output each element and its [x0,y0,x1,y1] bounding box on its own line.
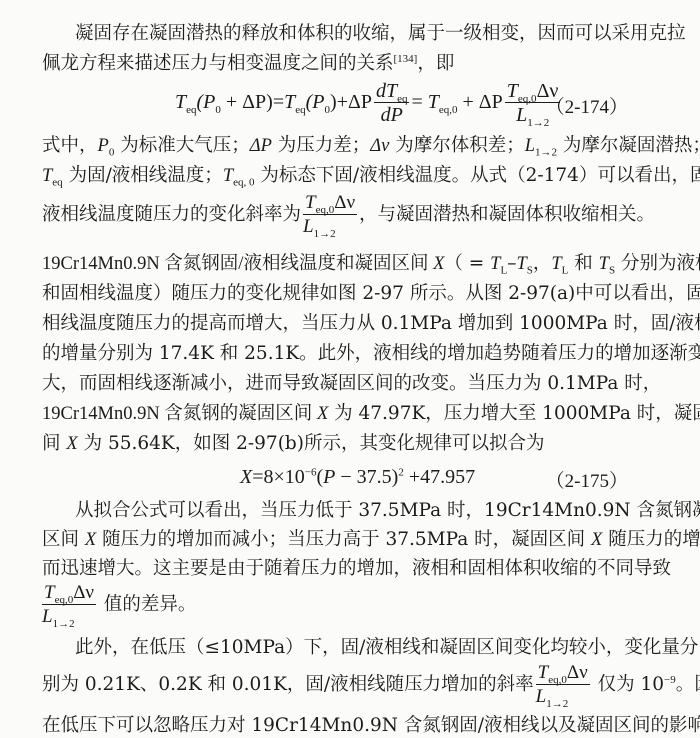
para5-line3: 在低压下可以忽略压力对 19Cr14Mn0.9N 含氮钢固/液相线以及凝固区间的… [42,714,654,738]
den: L [536,686,547,707]
fraction-slope: Teq,0ΔνL1→2 [536,662,590,709]
text: + ΔP) [221,91,273,113]
para3-line1: 19Cr14Mn0.9N 含氮钢固/液相线温度和凝固区间 X（ = TL–TS，… [42,252,654,276]
num: T [507,80,518,102]
num-tail: Δν [73,582,94,603]
sub: 1→2 [53,617,75,629]
den: L [516,104,527,126]
para3-line7: 间 X 为 55.64K，如图 2-97(b)所示，其变化规律可以拟合为 [42,432,654,456]
text: 和 [568,253,598,274]
var: ΔP [250,136,272,156]
den: L [42,606,53,627]
var: X [317,404,328,424]
text: （ = [444,253,490,274]
var: X [240,466,252,488]
text: 为 47.97K，压力增大至 1000MPa 时，凝固区 [328,403,700,424]
text: 仅为 10 [592,674,664,695]
equals: = [273,91,284,113]
var: T [175,91,186,113]
text: 佩龙方程来描述压力与相变温度之间的关系 [42,53,394,74]
para3-line2: 和固相线温度）随压力的变化规律如图 2-97 所示。从图 2-97(a)中可以看… [42,282,654,306]
sub: 1→2 [546,697,568,709]
num: T [305,192,316,213]
text: 随压力的增加而减小；当压力高于 37.5MPa 时，凝固区间 [96,529,591,550]
text: 为摩尔凝固潜热； [557,135,700,156]
text: )+ΔP [330,91,372,113]
equation-2-174: Teq(P0 + ΔP)=Teq(P0)+ΔPdTeqdP= Teq,0 + Δ… [175,80,562,127]
num: T [538,662,549,683]
equation-number-2-174: （2-174） [546,92,628,119]
num: T [44,582,55,603]
text: 19Cr14Mn0.9N 含氮钢的凝固区间 [42,404,317,424]
var: X [85,530,96,550]
num: dT [376,80,397,102]
para2-line3: 液相线温度随压力的变化斜率为Teq,0ΔνL1→2，与凝固潜热和凝固体积收缩相关… [42,190,654,240]
fraction-slope: Teq,0ΔνL1→2 [42,582,96,629]
text: 间 [42,433,66,454]
var: P [323,466,335,488]
equation-number-2-175: （2-175） [546,466,628,493]
para5-line1: 此外，在低压（≤10MPa）下，固/液相线和凝固区间变化均较小，变化量分 [75,636,654,660]
den: L [303,216,314,237]
text: +47.957 [404,466,475,488]
var: Δν [370,136,389,156]
para3-line4: 的增量分别为 17.4K 和 25.1K。此外，液相线的增加趋势随着压力的增加逐… [42,342,654,366]
para4-line4: Teq,0ΔνL1→2 值的差异。 [42,580,654,630]
equals: = [411,91,422,113]
var: L [525,136,535,156]
exponent: −9 [664,674,676,686]
text: + ΔP [458,91,503,113]
var: T [284,91,295,113]
text: 19Cr14Mn0.9N 含氮钢固/液相线温度和凝固区间 [42,254,433,274]
text: − 37.5) [335,466,398,488]
para4-line2: 区间 X 随压力的增加而减小；当压力高于 37.5MPa 时，凝固区间 X 随压… [42,528,654,552]
sub: 1→2 [314,227,336,239]
den: dP [381,104,403,126]
fraction-dT-dP: dTeqdP [374,80,410,127]
text: 为 55.64K，如图 2-97(b)所示，其变化规律可以拟合为 [78,433,545,454]
text: 液相线温度随压力的变化斜率为 [42,204,301,225]
sub: 1→2 [535,147,557,159]
citation-ref: [134] [394,53,418,65]
fraction-slope: Teq,0ΔνL1→2 [303,192,357,239]
document-page: 凝固存在凝固潜热的释放和体积的收缩，属于一级相变，因而可以采用克拉 佩龙方程来描… [0,0,700,738]
para4-line1: 从拟合公式可以看出，当压力低于 37.5MPa 时，19Cr14Mn0.9N 含… [75,499,654,523]
sub: eq,0 [55,593,74,605]
var: T [490,254,500,274]
text: ， [533,253,552,274]
sub: eq,0 [316,203,335,215]
text: 。因此， [676,674,700,695]
para3-line6: 19Cr14Mn0.9N 含氮钢的凝固区间 X 为 47.97K，压力增大至 1… [42,402,654,426]
text: 为摩尔体积差； [389,135,524,156]
var: (P [197,91,216,113]
var: (P [306,91,325,113]
equation-2-175: X=8×10−6(P − 37.5)2 +47.957 [240,466,475,489]
text: 为压力差； [272,135,370,156]
para3-line3: 相线温度随压力的提高而增大，当压力从 0.1MPa 增加到 1000MPa 时，… [42,312,654,336]
var: P [98,136,109,156]
text: ，即 [417,53,454,74]
var: T [516,254,526,274]
para1-line2: 佩龙方程来描述压力与相变温度之间的关系[134]，即 [42,52,654,76]
num-tail: Δν [334,192,355,213]
var: X [433,254,444,274]
var: T [551,254,561,274]
sub: eq [52,177,62,189]
para4-line3: 而迅速增大。这主要是由于随着压力的增加，液相和固相体积收缩的不同导致 [42,557,654,581]
num-tail: Δν [567,662,588,683]
text: 别为 0.21K、0.2K 和 0.01K，固/液相线随压力增加的斜率 [42,674,534,695]
para5-line2: 别为 0.21K、0.2K 和 0.01K，固/液相线随压力增加的斜率Teq,0… [42,660,654,710]
text: =8×10 [252,466,305,488]
sub: eq,0 [548,673,567,685]
text: 分别为液相 [615,253,700,274]
text: 式中， [42,135,98,156]
var: T [223,166,233,186]
text: 值的差异。 [98,594,196,615]
sub: eq [186,104,196,116]
sub: eq,0 [439,104,458,116]
text: 随压力的增加 [602,529,700,550]
text: 为固/液相线温度； [63,165,223,186]
text: 为标准大气压； [114,135,249,156]
para1-line1: 凝固存在凝固潜热的释放和体积的收缩，属于一级相变，因而可以采用克拉 [75,22,654,46]
sub: eq [295,104,305,116]
exponent: −6 [305,466,317,478]
var: X [66,434,77,454]
para2-line2: Teq 为固/液相线温度；Teq, 0 为标态下固/液相线温度。从式（2-174… [42,164,654,188]
para2-line1: 式中，P0 为标准大气压；ΔP 为压力差；Δν 为摩尔体积差；L1→2 为摩尔凝… [42,134,654,158]
var: X [591,530,602,550]
var: T [42,166,52,186]
text: ，与凝固潜热和凝固体积收缩相关。 [359,204,655,225]
var: T [428,91,439,113]
text: 区间 [42,529,85,550]
var: T [599,254,609,274]
para3-line5: 大，而固相线逐渐减小，进而导致凝固区间的改变。当压力为 0.1MPa 时， [42,372,654,396]
sub: eq, 0 [233,177,254,189]
text: 为标态下固/液相线温度。从式（2-174）可以看出，固/ [255,165,700,186]
